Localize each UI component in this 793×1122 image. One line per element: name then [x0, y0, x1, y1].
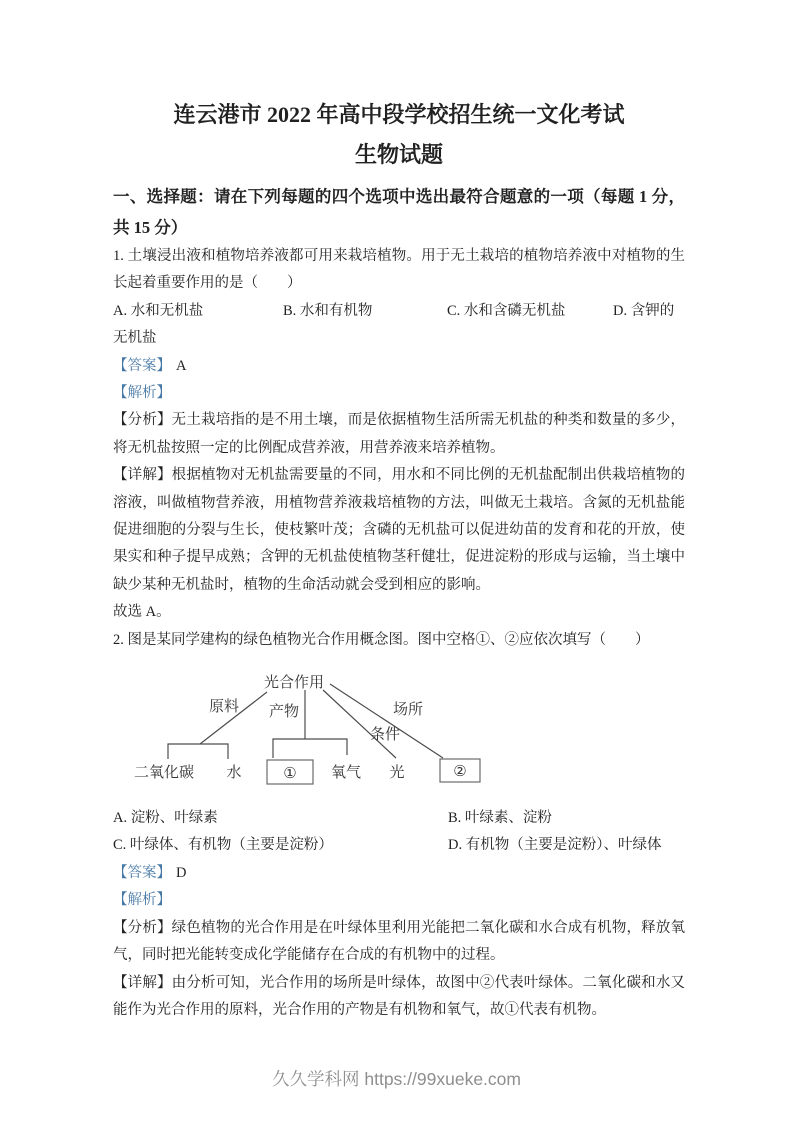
diagram-co2-leaf: 二氧化碳	[134, 764, 194, 781]
diagram-blank1-number: ①	[283, 766, 296, 782]
photosynthesis-concept-diagram: 光合作用 原料 产物 场所 条件 二氧化碳 水 ① 氧气 光 ②	[113, 654, 685, 805]
diagram-blank2-number: ②	[453, 764, 466, 780]
diagram-root-label: 光合作用	[264, 674, 324, 691]
diagram-condition-label: 条件	[370, 726, 400, 743]
q2-analysis-paragraph: 【分析】绿色植物的光合作用是在叶绿体里利用光能把二氧化碳和水合成有机物，释放氧气…	[113, 915, 685, 970]
q1-conclusion: 故选 A。	[113, 599, 685, 626]
diagram-site-label: 场所	[393, 701, 423, 718]
q2-analysis-header: 【解析】	[113, 887, 685, 914]
q1-option-c: C. 水和含磷无机盐	[447, 298, 565, 325]
footer: 久久学科网 https://99xueke.com	[0, 1066, 793, 1092]
diagram-light-leaf: 光	[389, 764, 404, 781]
q2-option-a: A. 淀粉、叶绿素	[113, 805, 218, 832]
q1-answer-value: A	[176, 358, 186, 374]
q2-answer-line: 【答案】D	[113, 860, 685, 887]
q1-analysis-paragraph: 【分析】无土栽培指的是不用土壤，而是依据植物生活所需无机盐的种类和数量的多少，将…	[113, 407, 685, 462]
q2-detail-paragraph: 【详解】由分析可知，光合作用的场所是叶绿体，故图中②代表叶绿体。二氧化碳和水又能…	[113, 970, 685, 1025]
q1-options-row: A. 水和无机盐 B. 水和有机物 C. 水和含磷无机盐 D. 含钾的 无机盐	[113, 298, 685, 353]
diagram-oxygen-leaf: 氧气	[331, 764, 361, 781]
q1-answer-line: 【答案】A	[113, 353, 685, 380]
footer-text: 久久学科网 https://99xueke.com	[272, 1069, 521, 1089]
diagram-water-leaf: 水	[226, 764, 241, 781]
products-bracket	[273, 739, 347, 758]
q1-analysis-header: 【解析】	[113, 380, 685, 407]
question-1: 1. 土壤浸出液和植物培养液都可用来栽培植物。用于无土栽培的植物培养液中对植物的…	[113, 243, 685, 627]
q1-answer-label: 【答案】	[113, 358, 171, 374]
page-subtitle: 生物试题	[113, 141, 685, 169]
q1-option-a: A. 水和无机盐	[113, 298, 203, 325]
q1-option-b: B. 水和有机物	[283, 298, 372, 325]
section-heading: 一、选择题：请在下列每题的四个选项中选出最符合题意的一项（每题 1 分，共 15…	[113, 182, 685, 243]
q2-stem: 2. 图是某同学建构的绿色植物光合作用概念图。图中空格①、②应依次填写（ ）	[113, 627, 685, 654]
q2-option-d: D. 有机物（主要是淀粉）、叶绿体	[448, 832, 661, 859]
q2-options-grid: A. 淀粉、叶绿素 B. 叶绿素、淀粉 C. 叶绿体、有机物（主要是淀粉） D.…	[113, 805, 685, 860]
q2-option-c: C. 叶绿体、有机物（主要是淀粉）	[113, 832, 333, 859]
concept-map-svg: 光合作用 原料 产物 场所 条件 二氧化碳 水 ① 氧气 光 ②	[120, 662, 500, 796]
diagram-product-label: 产物	[269, 702, 299, 720]
q1-stem: 1. 土壤浸出液和植物培养液都可用来栽培植物。用于无土栽培的植物培养液中对植物的…	[113, 243, 685, 298]
q1-option-d-wrap-line: 无机盐	[113, 325, 157, 352]
q2-option-b: B. 叶绿素、淀粉	[448, 805, 552, 832]
q2-answer-value: D	[176, 865, 186, 881]
q1-detail-paragraph: 【详解】根据植物对无机盐需要量的不同，用水和不同比例的无机盐配制出供栽培植物的溶…	[113, 462, 685, 599]
diagram-material-label: 原料	[209, 698, 239, 715]
edge-condition-line	[323, 690, 396, 758]
q2-answer-label: 【答案】	[113, 865, 171, 881]
q1-option-d: D. 含钾的	[613, 298, 674, 325]
question-2: 2. 图是某同学建构的绿色植物光合作用概念图。图中空格①、②应依次填写（ ） 光…	[113, 627, 685, 1025]
page-title: 连云港市 2022 年高中段学校招生统一文化考试	[113, 101, 685, 129]
materials-bracket	[168, 744, 228, 759]
exam-document-page: 连云港市 2022 年高中段学校招生统一文化考试 生物试题 一、选择题：请在下列…	[0, 0, 793, 1024]
